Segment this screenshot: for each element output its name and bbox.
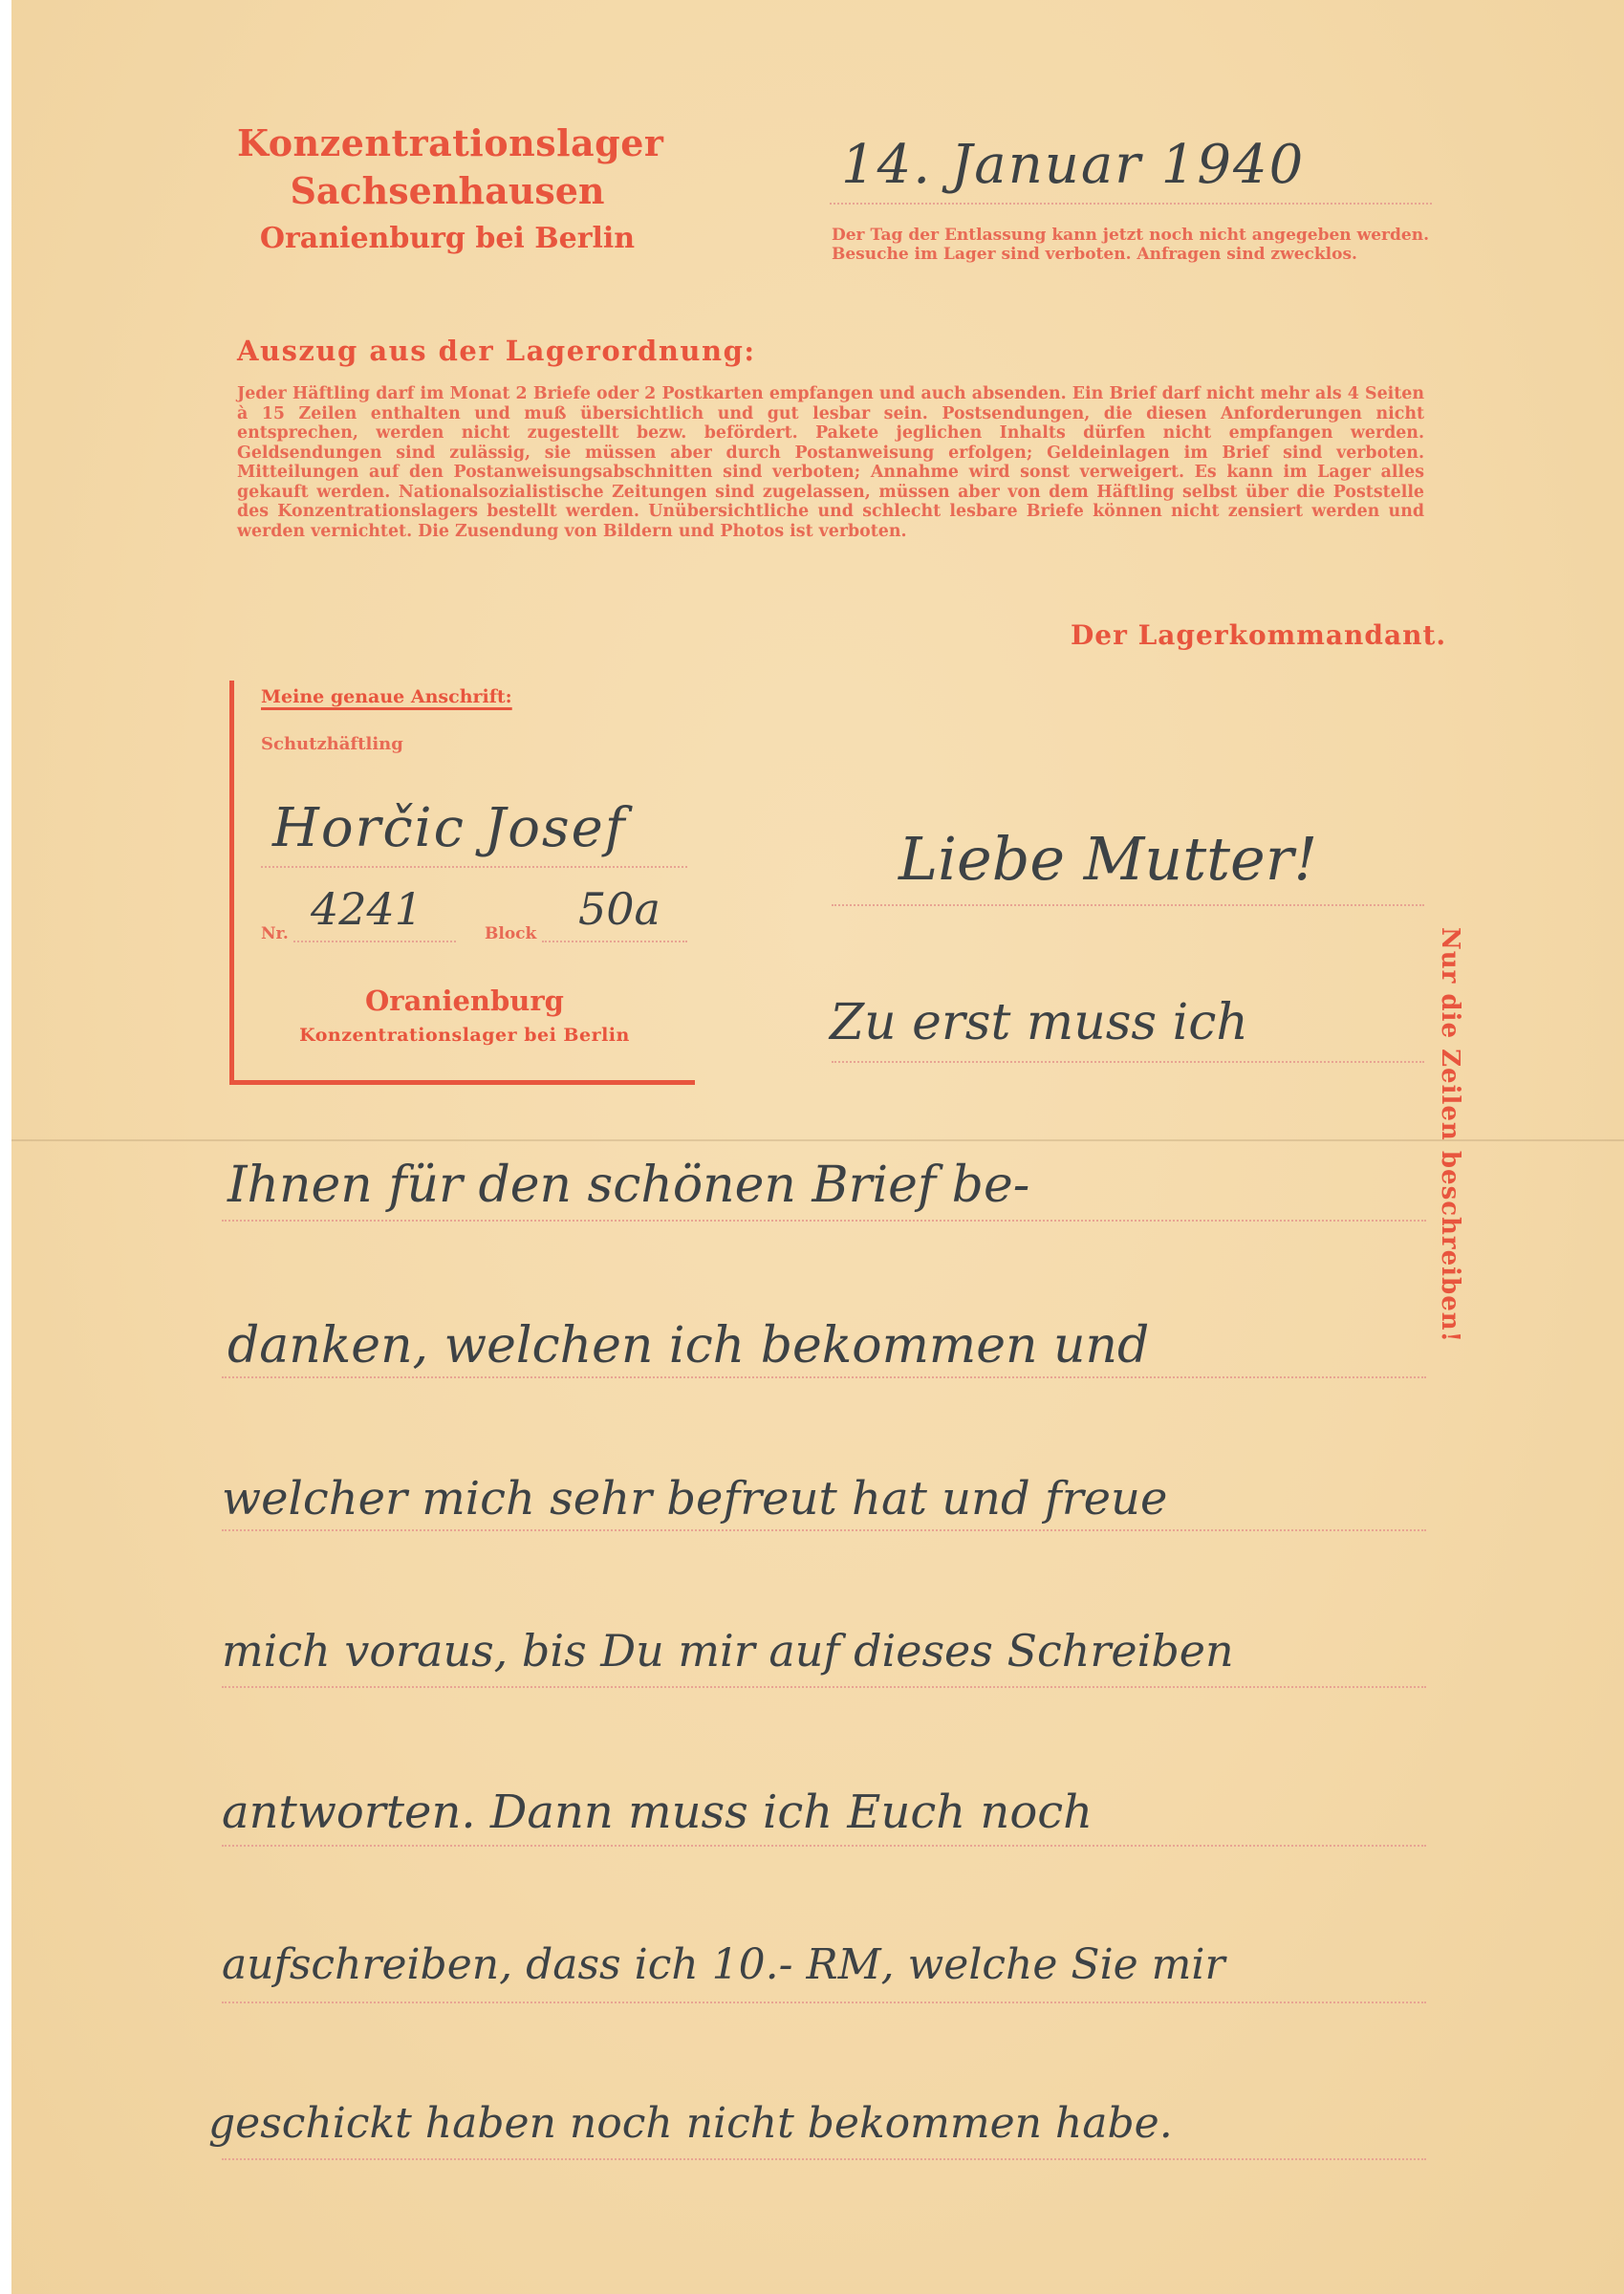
sender-address-box: Meine genaue Anschrift: Schutzhäftling H…: [229, 681, 695, 1085]
prisoner-status: Schutzhäftling: [261, 734, 403, 754]
camp-location: Oranienburg bei Berlin: [237, 217, 658, 261]
prisoner-number: 4241: [311, 883, 422, 935]
block-ruled-line: [542, 941, 687, 942]
ruled-line: [222, 2002, 1426, 2003]
ruled-line: [222, 1686, 1426, 1688]
letter-line: Zu erst muss ich: [830, 994, 1248, 1051]
ruled-line: [222, 1845, 1426, 1847]
letter-line: Ihnen für den schönen Brief be-: [227, 1157, 1029, 1214]
letter-line: mich voraus, bis Du mir auf dieses Schre…: [222, 1625, 1234, 1677]
address-camp: Konzentrationslager bei Berlin: [234, 1025, 695, 1046]
prisoner-number-label: Nr.: [261, 924, 289, 943]
address-label: Meine genaue Anschrift:: [261, 686, 512, 707]
camp-name-line1: Konzentrationslager: [237, 119, 658, 167]
camp-letterhead: Konzentrationslager Sachsenhausen Oranie…: [237, 119, 658, 261]
letter-line: danken, welchen ich bekommen und: [227, 1317, 1149, 1374]
margin-instruction: Nur die Zeilen beschreiben!: [1436, 927, 1464, 1343]
fold-crease: [11, 1139, 1624, 1141]
ruled-line: [222, 1376, 1426, 1378]
date-ruled-line: [830, 203, 1432, 205]
address-city: Oranienburg: [234, 985, 695, 1017]
ruled-line: [832, 1061, 1424, 1063]
number-ruled-line: [293, 941, 456, 942]
ruled-line: [832, 904, 1424, 906]
letter-salutation: Liebe Mutter!: [899, 824, 1317, 894]
prisoner-name: Horčic Josef: [272, 797, 627, 859]
commandant-signature: Der Lagerkommandant.: [1071, 619, 1446, 651]
camp-name-line2: Sachsenhausen: [237, 167, 658, 215]
letter-line: welcher mich sehr befreut hat und freue: [222, 1472, 1167, 1526]
regulations-body: Jeder Häftling darf im Monat 2 Briefe od…: [237, 384, 1424, 541]
block-number: 50a: [578, 883, 660, 935]
ruled-line: [222, 1220, 1426, 1222]
letter-line: aufschreiben, dass ich 10.- RM, welche S…: [222, 1940, 1225, 1989]
letter-line: antworten. Dann muss ich Euch noch: [222, 1785, 1093, 1839]
ruled-line: [222, 1529, 1426, 1531]
block-label: Block: [485, 924, 536, 943]
name-ruled-line: [261, 866, 687, 868]
handwritten-date: 14. Januar 1940: [841, 134, 1434, 196]
ruled-line: [222, 2158, 1426, 2160]
letter-line: geschickt haben noch nicht bekommen habe…: [208, 2099, 1173, 2148]
regulations-heading: Auszug aus der Lagerordnung:: [237, 335, 756, 367]
release-note: Der Tag der Entlassung kann jetzt noch n…: [832, 226, 1429, 264]
